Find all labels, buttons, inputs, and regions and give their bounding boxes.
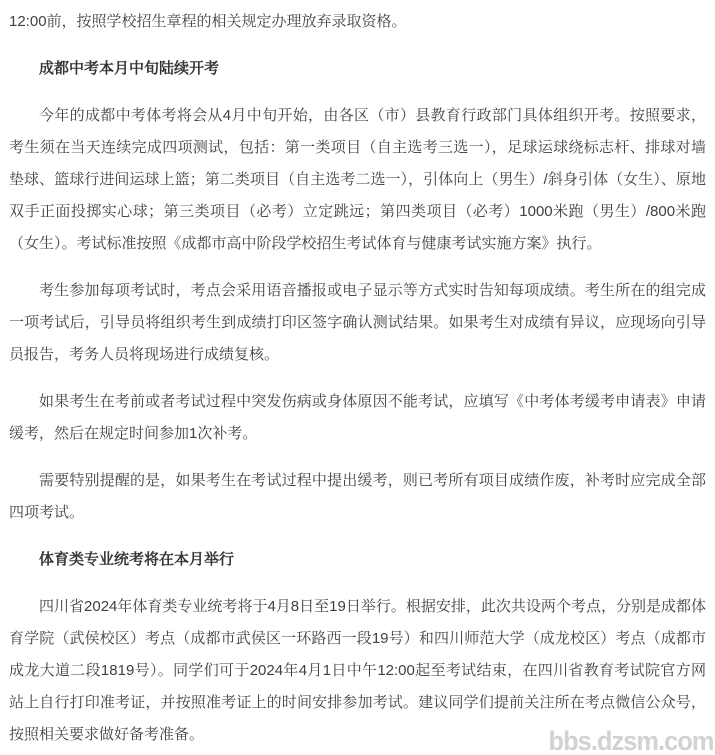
paragraph-score-announcement: 考生参加每项考试时，考点会采用语音播报或电子显示等方式实时告知每项成绩。考生所在…: [9, 275, 706, 371]
paragraph-deferred-exam-reminder: 需要特别提醒的是，如果考生在考试过程中提出缓考，则已考所有项目成绩作废，补考时应…: [9, 465, 706, 529]
site-watermark: bbs.dzsm.com: [549, 728, 714, 755]
paragraph-exam-items: 今年的成都中考体考将会从4月中旬开始，由各区（市）县教育行政部门具体组织开考。按…: [9, 100, 706, 260]
paragraph-abandon-admission: 12:00前，按照学校招生章程的相关规定办理放弃录取资格。: [9, 6, 706, 38]
paragraph-deferred-exam-application: 如果考生在考前或者考试过程中突发伤病或身体原因不能考试，应填写《中考体考缓考申请…: [9, 386, 706, 450]
heading-sports-major-unified-exam: 体育类专业统考将在本月举行: [9, 544, 706, 576]
heading-chengdu-zhongkao-exam: 成都中考本月中旬陆续开考: [9, 53, 706, 85]
article-body: 12:00前，按照学校招生章程的相关规定办理放弃录取资格。 成都中考本月中旬陆续…: [0, 0, 715, 751]
